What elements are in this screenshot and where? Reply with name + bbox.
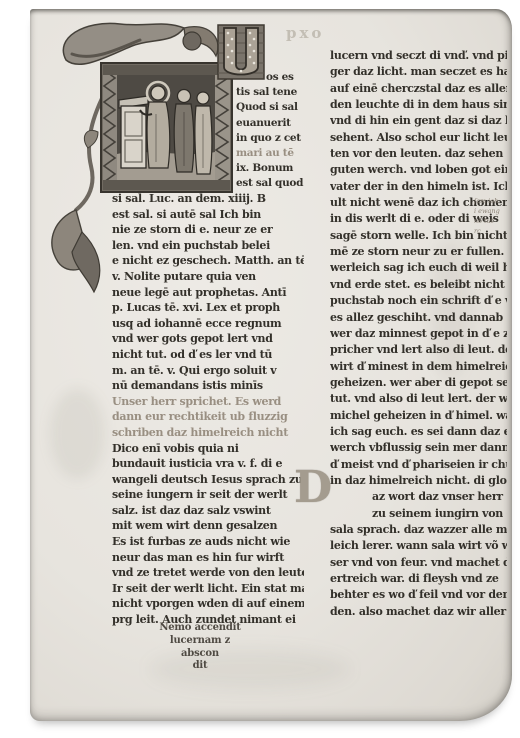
- text-taper-colophon: Nemo accenditlucernam zabscondit: [112, 622, 288, 673]
- text-line: vnd di hin ein gent daz si daz licht: [330, 113, 507, 129]
- text-line: bundauit iusticia vra v. f. di e: [112, 456, 304, 472]
- text-line: vnd erde stet. es beleibt nicht ein: [330, 277, 507, 293]
- text-line: mit wem wirt denn gesalzen: [112, 518, 304, 534]
- text-line: Unser herr sprichet. Es werd: [112, 394, 304, 410]
- text-line: ich sag euch. es sei dann daz eur: [330, 424, 507, 440]
- text-line: no tut: [474, 216, 510, 226]
- text-line: az wort daz vnser herr: [372, 489, 507, 505]
- text-column-left: si sal. Luc. an dem. xiiij. Best sal. si…: [112, 191, 304, 628]
- text-line: ſcm ioh: [474, 196, 510, 206]
- text-line: ix. Bonum: [236, 161, 304, 176]
- text-line: abscon: [112, 648, 288, 661]
- text-line: in quo z cet: [236, 131, 304, 146]
- text-line: wangeli deutsch Iesus sprach zu: [112, 472, 304, 488]
- text-line: werleich sag ich euch di weil himel: [330, 260, 507, 276]
- acanthus-top-leaf: [63, 23, 184, 64]
- text-line: pricher vnd lert also di leut. der: [330, 342, 507, 358]
- text-line: seine iungern ir seit der werlt: [112, 487, 304, 503]
- miniature-illustration: [100, 62, 233, 193]
- text-line: tut. vnd also di leut lert. der wir: [330, 391, 507, 407]
- text-line: p. Lucas tē. xvi. Lex et proph: [112, 300, 304, 316]
- text-line: ger daz licht. man seczet es halt: [330, 64, 507, 80]
- text-line: ten vor den leuten. daz sehen eur: [330, 146, 507, 162]
- text-line: mari au tē: [236, 146, 304, 161]
- text-line: schriben daz himelreich nicht: [112, 425, 304, 441]
- text-line: vater der in den himeln ist. Ich s: [330, 179, 507, 195]
- marginal-gloss: ſcm iohi ewangno tutrc: [474, 196, 510, 236]
- text-line: auf einē cherczstal daz es allen: [330, 81, 507, 97]
- text-line: v. Nolite putare quia ven: [112, 269, 304, 285]
- text-line: in daz himelreich nicht. di glosa: [330, 473, 507, 489]
- frame-border-top: [103, 65, 230, 75]
- text-line: wer daz minnest gepot in ď e ze: [330, 326, 507, 342]
- text-line: ď meist vnd ď phariseien ir chu: [330, 457, 507, 473]
- text-line: lucernam z: [112, 635, 288, 648]
- stem-leaflet: [84, 130, 98, 148]
- drop-cap-d: D: [294, 466, 332, 510]
- text-line: den. also machet daz wir aller guter: [330, 604, 507, 620]
- text-line: nicht vporgen wden di auf einem: [112, 596, 304, 612]
- text-line: euanuerit: [236, 116, 304, 131]
- text-line: len. vnd ein puchstab belei: [112, 238, 304, 254]
- acanthus-curl-knot: [183, 32, 201, 50]
- text-column-left-opening: os estis sal teneQuod si saleuanueritin …: [236, 70, 304, 192]
- text-line: sehent. Also schol eur licht leuch: [330, 130, 507, 146]
- text-line: guten werch. vnd loben got ein: [330, 162, 507, 178]
- text-line: neur das man es hin fur wirft: [112, 550, 304, 566]
- text-line: salz. ist daz daz salz vswint: [112, 503, 304, 519]
- text-line: m. an tē. v. Qui ergo soluit v: [112, 363, 304, 379]
- text-line: es allez geschiht. vnd dannab: [330, 310, 507, 326]
- middle-figure-head: [178, 90, 191, 103]
- text-line: sala sprach. daz wazzer alle mazen: [330, 522, 507, 538]
- text-line: puchstab noch ein schrift ď e vnz: [330, 293, 507, 309]
- text-line: neue legē aut prophetas. Antī: [112, 285, 304, 301]
- text-line: michel geheizen in ď himel. wan: [330, 408, 507, 424]
- text-line: dann eur rechtikeit ub fluzzig: [112, 409, 304, 425]
- text-line: est sal quod: [236, 176, 304, 191]
- text-line: vnd ze tretet werde von den leuten: [112, 565, 304, 581]
- text-line: dit: [112, 660, 288, 673]
- right-figure-robe: [195, 106, 212, 174]
- text-line: mē ze storn neur zu er fullen. vnd: [330, 244, 507, 260]
- text-line: nū demandans istis minīs: [112, 378, 304, 394]
- text-line: os es: [266, 70, 304, 85]
- text-line: Ir seit der werlt licht. Ein stat mag: [112, 581, 304, 597]
- text-line: e nicht ez geschech. Matth. an tē: [112, 253, 304, 269]
- text-line: nie ze storn di e. neur ze er: [112, 222, 304, 238]
- text-line: werch vbflussig sein mer dann: [330, 440, 507, 456]
- text-line: vnd wer gots gepot lert vnd: [112, 331, 304, 347]
- faded-header-mark: pxo: [286, 24, 324, 42]
- text-line: nicht tut. od ď es ler vnd tū: [112, 347, 304, 363]
- text-line: Dico enī vobis quia ni: [112, 441, 304, 457]
- text-line: zu seinem iungirn von dem: [372, 506, 507, 522]
- text-line: wirt ď minest in dem himelreich: [330, 359, 507, 375]
- text-line: usq ad iohannē ecce regnum: [112, 316, 304, 332]
- right-figure-head: [197, 92, 209, 104]
- text-line: Quod si sal: [236, 100, 304, 115]
- text-line: Nemo accendit: [112, 622, 288, 635]
- text-line: lucern vnd seczt di vnď. vnd pir: [330, 48, 507, 64]
- frame-border-bottom: [103, 180, 230, 190]
- saint-head: [151, 86, 165, 100]
- text-line: leich lerer. wann sala wirt võ was: [330, 538, 507, 554]
- saint-robe: [147, 102, 170, 168]
- parchment-stain: [50, 389, 105, 479]
- text-line: tis sal tene: [236, 85, 304, 100]
- text-line: si sal. Luc. an dem. xiiij. B: [112, 191, 304, 207]
- text-line: i ewang: [474, 206, 510, 216]
- text-line: rc: [474, 226, 510, 236]
- text-line: den leuchte di in dem haus sint: [330, 97, 507, 113]
- text-line: est sal. si autē sal Ich bin: [112, 207, 304, 223]
- text-column-right: lucern vnd seczt di vnď. vnd pirger daz …: [330, 48, 507, 620]
- text-line: behter es wo ď feil vnd vor den ma: [330, 587, 507, 603]
- text-line: ertreich war. di fleysh vnd ze: [330, 571, 507, 587]
- text-line: ser vnd von feur. vnd machet daz: [330, 555, 507, 571]
- text-line: geheizen. wer aber di gepot selb: [330, 375, 507, 391]
- text-line: Es ist furbas ze auds nicht wie: [112, 534, 304, 550]
- manuscript-photo: pxo: [0, 0, 520, 738]
